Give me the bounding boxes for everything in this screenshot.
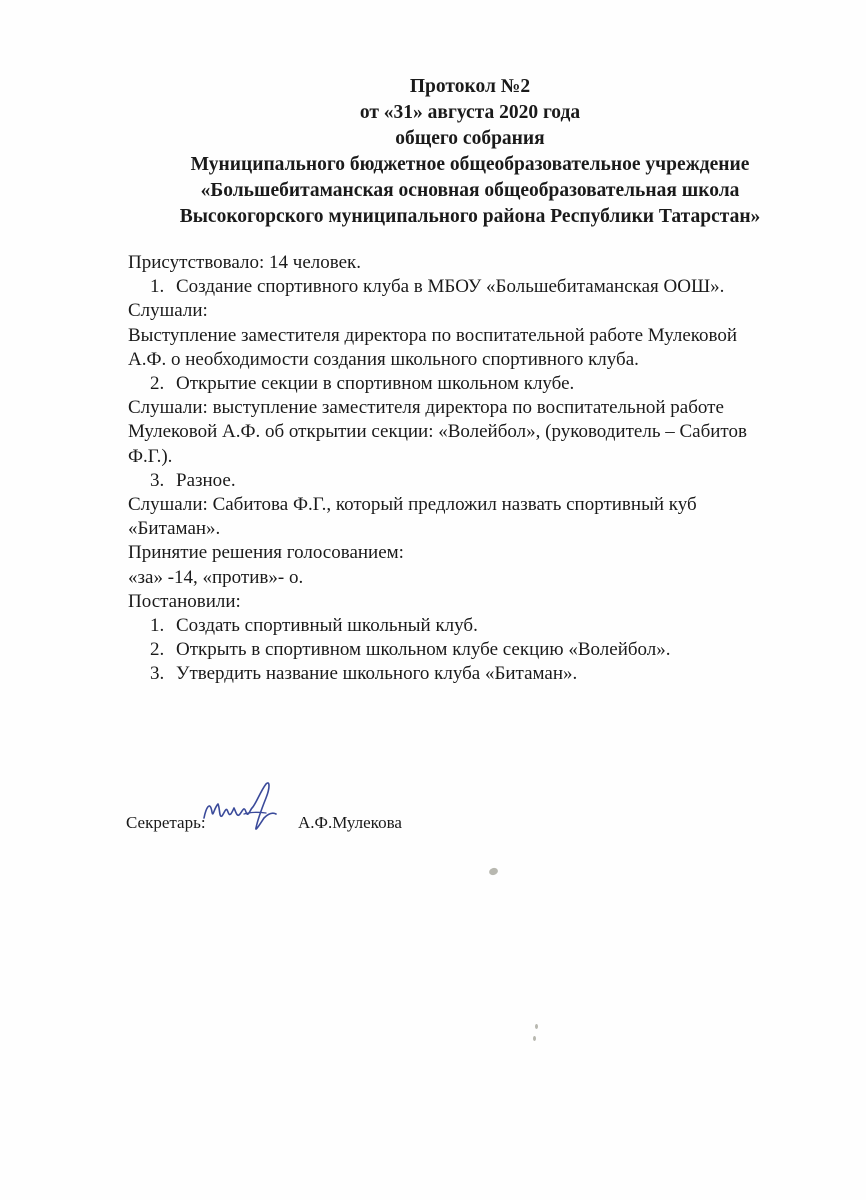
attendance: Присутствовало: 14 человек. — [128, 251, 828, 275]
resolution-item-3: 3.Утвердить название школьного клуба «Би… — [128, 662, 828, 686]
scan-speck — [533, 1036, 536, 1041]
heard-line: Слушали: — [128, 299, 828, 323]
resolution-number: 1. — [150, 614, 176, 638]
voting-result: «за» -14, «против»- о. — [128, 566, 828, 590]
agenda-title: Создание спортивного клуба в МБОУ «Больш… — [176, 276, 724, 297]
heard-line: Мулековой А.Ф. об открытии секции: «Воле… — [128, 420, 828, 444]
handwritten-signature-icon — [200, 778, 300, 834]
resolution-item-1: 1.Создать спортивный школьный клуб. — [128, 614, 828, 638]
agenda-item-3: 3.Разное. — [128, 469, 828, 493]
resolution-text: Создать спортивный школьный клуб. — [176, 615, 478, 636]
document-body: Присутствовало: 14 человек. 1.Создание с… — [128, 251, 828, 687]
secretary-name: А.Ф.Мулекова — [298, 813, 402, 833]
resolution-item-2: 2.Открыть в спортивном школьном клубе се… — [128, 638, 828, 662]
heard-line: Слушали: выступление заместителя директо… — [128, 396, 828, 420]
agenda-number: 3. — [150, 469, 176, 493]
organization-line-3: Высокогорского муниципального района Рес… — [100, 204, 840, 230]
agenda-number: 1. — [150, 275, 176, 299]
agenda-item-2: 2.Открытие секции в спортивном школьном … — [128, 372, 828, 396]
organization-line-1: Муниципального бюджетное общеобразовател… — [100, 152, 840, 178]
agenda-item-1: 1.Создание спортивного клуба в МБОУ «Бол… — [128, 275, 828, 299]
voting-label: Принятие решения голосованием: — [128, 541, 828, 565]
document-header: Протокол №2 от «31» августа 2020 года об… — [100, 74, 840, 230]
heard-line: Ф.Г.). — [128, 445, 828, 469]
organization-line-2: «Большебитаманская основная общеобразова… — [100, 178, 840, 204]
heard-line: Слушали: Сабитова Ф.Г., который предложи… — [128, 493, 828, 517]
resolution-number: 3. — [150, 662, 176, 686]
protocol-title: Протокол №2 — [100, 74, 840, 100]
document-page: Протокол №2 от «31» августа 2020 года об… — [0, 0, 866, 1200]
secretary-label: Секретарь: — [126, 813, 206, 833]
protocol-date: от «31» августа 2020 года — [100, 100, 840, 126]
heard-line: «Битаман». — [128, 517, 828, 541]
resolution-number: 2. — [150, 638, 176, 662]
resolution-text: Открыть в спортивном школьном клубе секц… — [176, 639, 671, 660]
resolved-label: Постановили: — [128, 590, 828, 614]
resolution-text: Утвердить название школьного клуба «Бита… — [176, 663, 577, 684]
meeting-type: общего собрания — [100, 126, 840, 152]
agenda-number: 2. — [150, 372, 176, 396]
agenda-title: Открытие секции в спортивном школьном кл… — [176, 373, 574, 394]
scan-speck — [488, 867, 499, 877]
scan-speck — [535, 1024, 538, 1029]
heard-line: А.Ф. о необходимости создания школьного … — [128, 348, 828, 372]
heard-line: Выступление заместителя директора по вос… — [128, 324, 828, 348]
agenda-title: Разное. — [176, 470, 236, 491]
